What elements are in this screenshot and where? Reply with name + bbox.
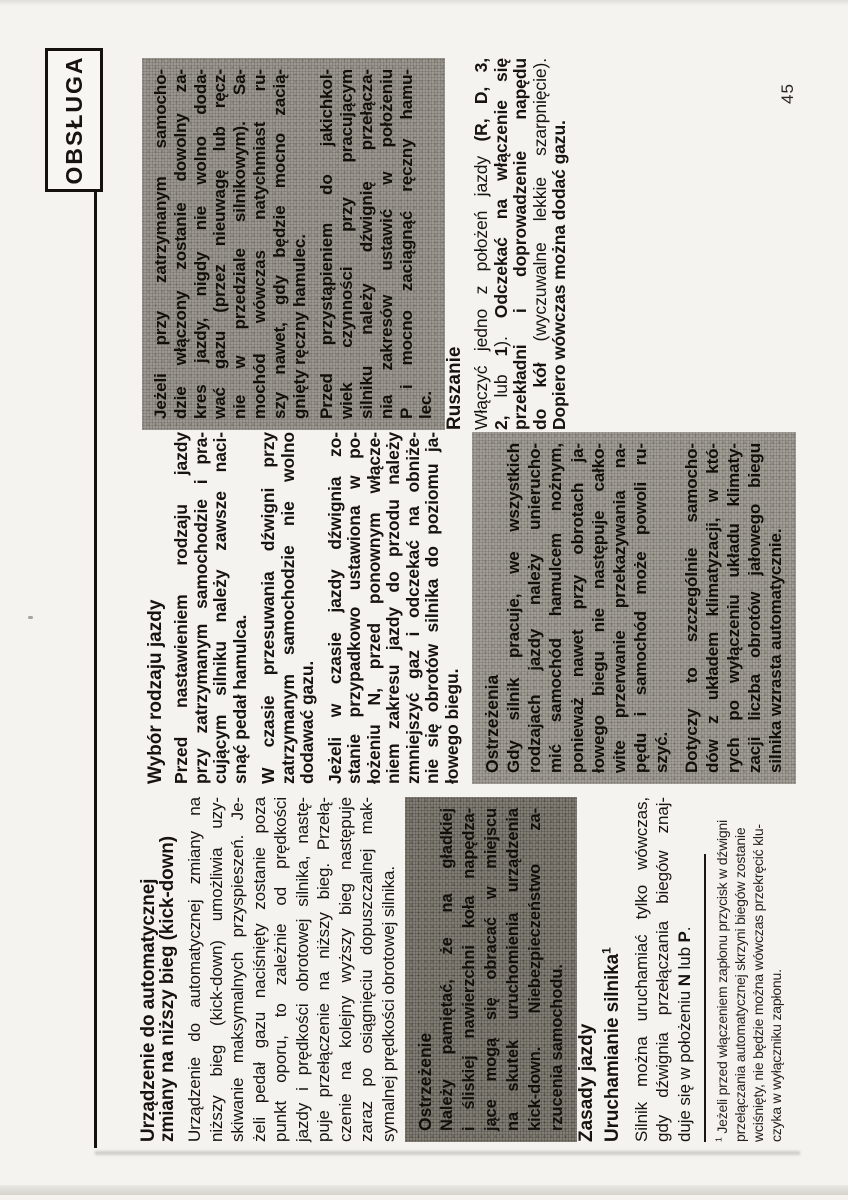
warning-box-ostrzezenia: Ostrzeżenia Gdy silnik pracuje, we wszys… [472, 432, 796, 784]
column-middle: Wybór rodzaju jazdy Przed nastawieniem r… [146, 432, 796, 784]
chapter-tab: OBSŁUGA [45, 48, 103, 192]
kickdown-heading: Urządzenie do automatycznejzmiany na niż… [140, 797, 177, 1142]
column-left: Urządzenie do automatycznejzmiany na niż… [140, 797, 785, 1142]
page-number: 45 [778, 83, 798, 104]
heading-ruszanie: Ruszanie [445, 58, 465, 430]
subsection-uruchamianie-silnika: Uruchamianie silnika1 [604, 797, 623, 1142]
warning-box-ostrzezenia-text-1: Gdy silnik pracuje, we wszystkichrodzaja… [503, 443, 673, 773]
footnote-rule [704, 854, 706, 1142]
kickdown-paragraph: Urządzenie do automatycznej zmiany naniż… [184, 797, 399, 1142]
section-heading-zasady-jazdy: Zasady jazdy [577, 797, 597, 1142]
gear-select-paragraph-3: Jeżeli w czasie jazdy dźwignia zo-stanie… [326, 432, 463, 784]
ruszanie-paragraph: Włączyć jedno z położeń jazdy (R, D, 3,2… [472, 58, 570, 430]
warning-box-top: Jeżeli przy zatrzymanym samocho-dzie włą… [142, 58, 445, 430]
warning-box-ostrzezenia-text-2: Dotyczy to szczególnie samocho-dów z ukł… [681, 443, 787, 773]
warning-box-ostrzezenia-title: Ostrzeżenia [481, 443, 503, 773]
gear-select-paragraph-1: Przed nastawieniem rodzaju jazdyprzy zat… [172, 432, 250, 784]
warning-box-kickdown-title: Ostrzeżenie [414, 808, 436, 1131]
footnote: 1 Jeżeli przed włączeniem zapłonu przyci… [713, 797, 785, 1142]
warning-box-top-text-1: Jeżeli przy zatrzymanym samocho-dzie włą… [151, 69, 309, 419]
heading-wybor-rodzaju-jazdy: Wybór rodzaju jazdy [146, 432, 166, 784]
column-right: Jeżeli przy zatrzymanym samocho-dzie włą… [142, 58, 570, 430]
engine-start-paragraph: Silnik można uruchamiać tylko wówczas,gd… [631, 797, 696, 1142]
warning-box-kickdown-text: Należy pamiętać, że na gładkieji śliskie… [436, 808, 568, 1131]
manual-page-scan: OBSŁUGA 45 Urządzenie do automatycznejzm… [0, 0, 848, 1200]
chapter-tab-label: OBSŁUGA [61, 56, 88, 185]
paragraph-gap [673, 443, 681, 773]
warning-box-top-text-2: Przed przystąpieniem do jakichkol-wiek c… [317, 69, 436, 419]
warning-box-kickdown: Ostrzeżenie Należy pamiętać, że na gładk… [405, 797, 577, 1142]
gear-select-paragraph-2: W czasie przesuwania dźwigni przyzatrzym… [259, 432, 318, 784]
rotated-page: OBSŁUGA 45 Urządzenie do automatycznejzm… [0, 0, 848, 1200]
paragraph-gap [309, 69, 317, 419]
header-rule [94, 52, 97, 1148]
